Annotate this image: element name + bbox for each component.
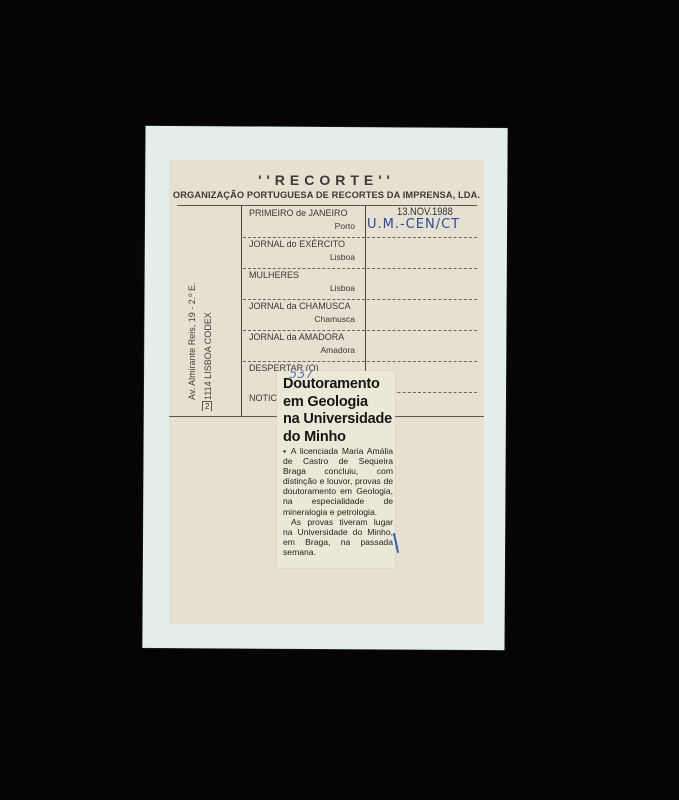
address-line-2: 1114 LISBOA CODEX — [200, 282, 216, 400]
handwritten-annotation: U.M.-CEN/CT — [367, 217, 460, 232]
publication-row: MULHERES Lisboa — [243, 268, 359, 299]
box-number: 2 — [202, 401, 212, 411]
date-row-divider — [367, 361, 477, 363]
clipping-paragraph-2: As provas tiveram lugar na Universidade … — [283, 517, 393, 557]
address-line-1: Av. Almirante Reis, 19 - 2.º E. — [184, 282, 200, 400]
date-row-divider — [367, 237, 477, 239]
publication-row: JORNAL da AMADORA Amadora — [243, 330, 359, 361]
middle-column-divider — [365, 205, 366, 375]
date-row-divider — [367, 299, 477, 301]
clipping-body: ▪ A licenciada Maria Amália de Castro de… — [283, 446, 393, 557]
publication-row: JORNAL da CHAMUSCA Chamusca — [243, 299, 359, 330]
left-column-divider — [241, 205, 242, 416]
date-row-divider — [367, 330, 477, 332]
publication-row: PRIMEIRO de JANEIRO Porto — [243, 206, 359, 237]
slip-subtitle: ORGANIZAÇÃO PORTUGUESA DE RECORTES DA IM… — [169, 190, 484, 200]
clipping-paragraph-1: ▪ A licenciada Maria Amália de Castro de… — [283, 446, 393, 517]
date-row-divider — [367, 268, 477, 270]
clipping-headline: Doutoramento em Geologia na Universidade… — [283, 376, 392, 446]
publication-row: JORNAL do EXÉRCITO Lisboa — [243, 237, 359, 268]
address-block: Av. Almirante Reis, 19 - 2.º E. 1114 LIS… — [184, 282, 216, 400]
slip-title: ''RECORTE'' — [169, 172, 484, 188]
newspaper-clipping: 537 Doutoramento em Geologia na Universi… — [277, 371, 395, 568]
